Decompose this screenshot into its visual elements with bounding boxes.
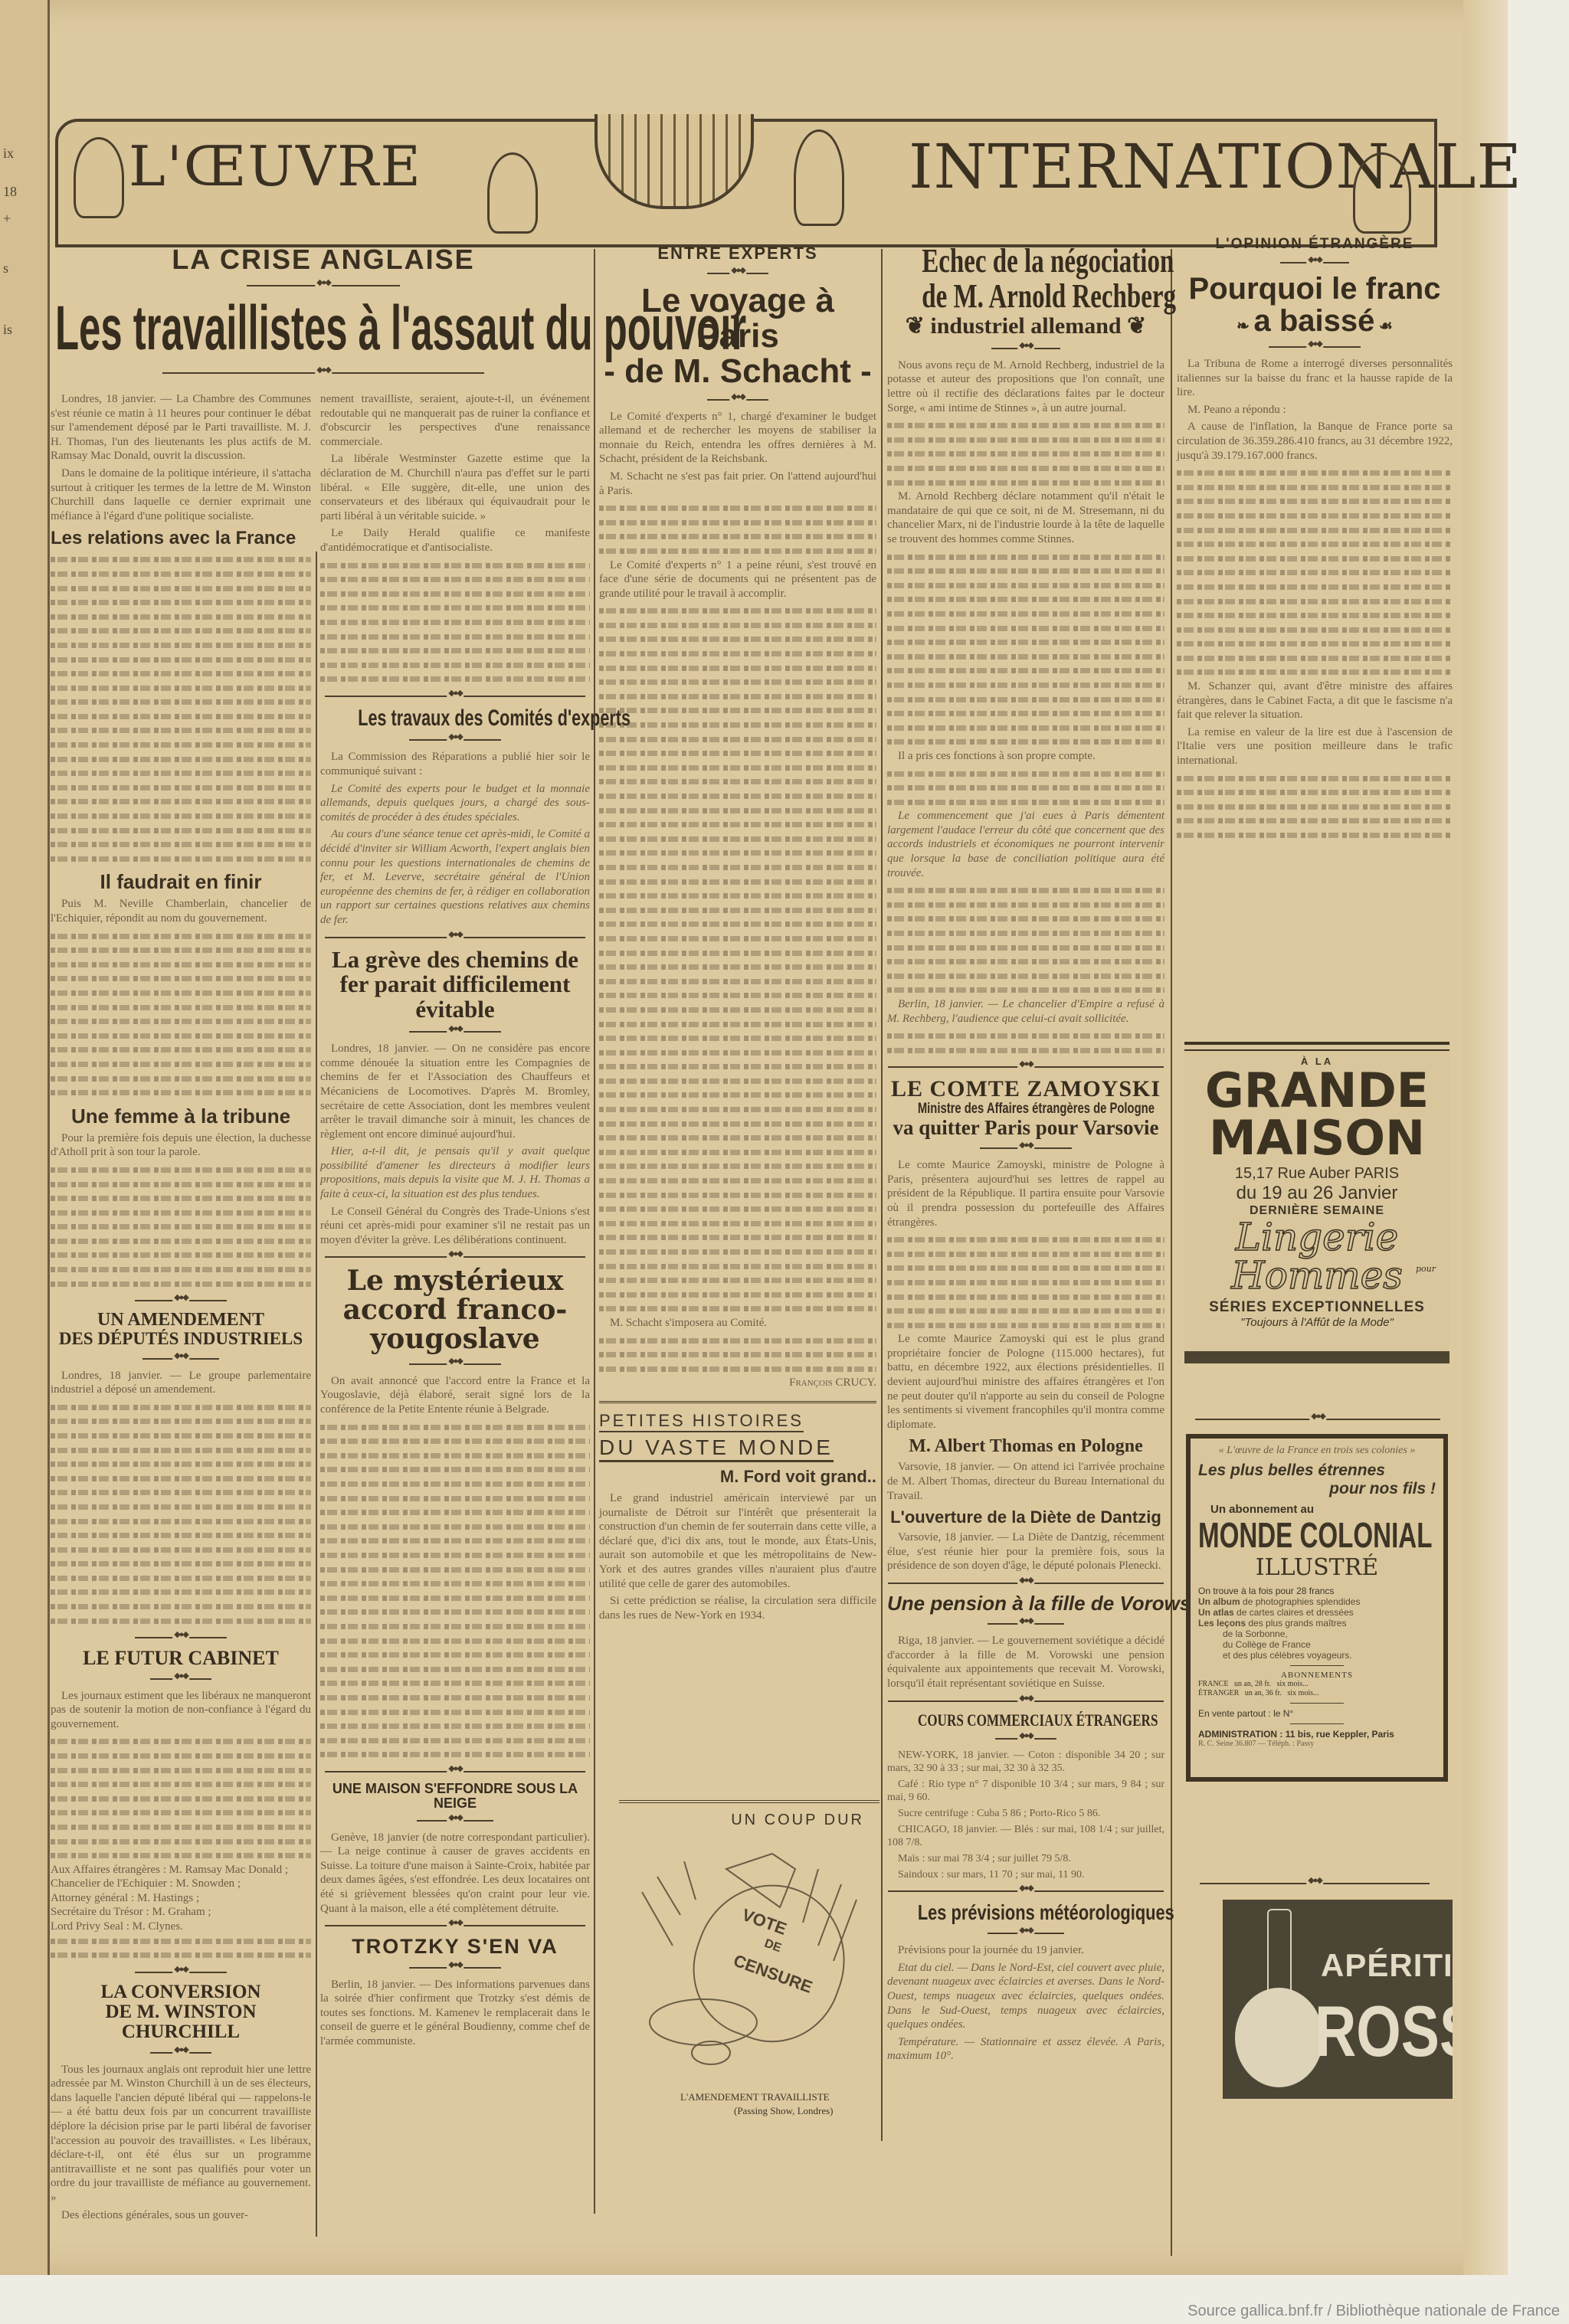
paragraph-italic: Le Comité des experts pour le budget et … bbox=[320, 783, 590, 823]
ornament-divider bbox=[888, 1578, 1164, 1589]
quote-line: Maïs : sur mai 78 3/4 ; sur juillet 79 5… bbox=[887, 1852, 1164, 1865]
masthead-title-right: INTERNATIONALE bbox=[909, 131, 1522, 202]
paragraph: Il a pris ces fonctions à son propre com… bbox=[887, 749, 1164, 764]
ornament-divider bbox=[1195, 1414, 1440, 1425]
paragraph: Tous les journaux anglais ont reproduit … bbox=[51, 2063, 311, 2205]
price-row: FRANCE un an, 28 fr. six mois... bbox=[1198, 1680, 1436, 1689]
headline: ❧ a baissé ☙ bbox=[1177, 305, 1453, 337]
ad-list: Un album de photographies splendides Un … bbox=[1198, 1596, 1436, 1661]
article-body: Londres, 18 janvier. — Le groupe parleme… bbox=[51, 1369, 311, 1628]
list-item: Secrétaire du Trésor : M. Graham ; bbox=[51, 1905, 311, 1920]
headline: DE M. WINSTON CHURCHILL bbox=[51, 2002, 311, 2043]
paragraph-italic: Berlin, 18 janvier. — Le chancelier d'Em… bbox=[887, 998, 1164, 1025]
ornament-divider bbox=[988, 1619, 1064, 1629]
paragraph: Le comte Maurice Zamoyski, ministre de P… bbox=[887, 1158, 1164, 1229]
article-body: Le grand industriel américain interviewé… bbox=[599, 1491, 876, 1622]
column-rule bbox=[1171, 249, 1172, 2256]
ornament-divider bbox=[150, 1674, 211, 1684]
column-2: nement travailliste, seraient, ajoute-t-… bbox=[320, 392, 590, 2052]
kicker: L'OPINION ÉTRANGÈRE bbox=[1177, 236, 1453, 253]
column-rule bbox=[881, 249, 883, 2141]
paragraph-italic: Température. — Stationnaire et assez éle… bbox=[887, 2036, 1164, 2063]
ad-dates: du 19 au 26 Janvier bbox=[1184, 1183, 1449, 1204]
headline-text: industriel allemand bbox=[930, 313, 1121, 339]
subheading: Une femme à la tribune bbox=[51, 1105, 311, 1128]
headline: Les travaux des Comités d'experts bbox=[358, 706, 552, 731]
figure-illustration bbox=[1353, 152, 1411, 234]
ad-script: Les plus belles étrennes bbox=[1198, 1462, 1436, 1480]
paragraph: La Commission des Réparations a publié h… bbox=[320, 750, 590, 778]
headline: Echec de la négociation bbox=[922, 244, 1130, 279]
paragraph: M. Peano a répondu : bbox=[1177, 403, 1453, 417]
masthead-title-left: L'ŒUVRE bbox=[129, 134, 422, 198]
paragraph: Le Conseil Général du Congrès des Trade-… bbox=[320, 1205, 590, 1248]
list-item: Aux Affaires étrangères : M. Ramsay Mac … bbox=[51, 1863, 311, 1877]
quote-line: CHICAGO, 18 janvier. — Blés : sur mai, 1… bbox=[887, 1823, 1164, 1849]
ad-brand: ROSSI bbox=[1315, 1990, 1453, 2073]
ornament-divider bbox=[150, 2047, 211, 2058]
article-body: Londres, 18 janvier. — La Chambre des Co… bbox=[51, 392, 311, 523]
source-credit: Source gallica.bnf.fr / Bibliothèque nat… bbox=[1187, 2303, 1560, 2320]
advertisement-grande-maison: À LA GRANDE MAISON 15,17 Rue Auber PARIS… bbox=[1184, 1042, 1449, 1363]
paragraph: La libérale Westminster Gazette estime q… bbox=[320, 452, 590, 523]
article-body: nement travailliste, seraient, ajoute-t-… bbox=[320, 392, 590, 686]
ad-brand: GRANDE bbox=[1184, 1067, 1449, 1115]
list-item: du Collège de France bbox=[1198, 1639, 1436, 1650]
paragraph: Dans le domaine de la politique intérieu… bbox=[51, 466, 311, 523]
ornament-divider bbox=[707, 394, 768, 405]
ad-prices: FRANCE un an, 28 fr. six mois... ÉTRANGE… bbox=[1198, 1680, 1436, 1698]
ad-script-small: pour bbox=[1416, 1250, 1436, 1288]
kicker: ENTRE EXPERTS bbox=[599, 244, 876, 263]
kicker: LA CRISE ANGLAISE bbox=[55, 244, 591, 276]
headline: COURS COMMERCIAUX ÉTRANGERS bbox=[918, 1711, 1134, 1729]
section-title: PETITES HISTOIRES bbox=[599, 1411, 804, 1432]
paragraph: nement travailliste, seraient, ajoute-t-… bbox=[320, 392, 590, 449]
article-body: La Tribuna de Rome a interrogé diverses … bbox=[1177, 357, 1453, 843]
ornament-divider bbox=[409, 735, 501, 745]
ornament-divider bbox=[988, 1928, 1064, 1939]
paragraph: Londres, 18 janvier. — La Chambre des Co… bbox=[51, 392, 311, 463]
leaf-icon: ❦ bbox=[906, 313, 931, 339]
leaf-icon: ❦ bbox=[1122, 313, 1147, 339]
ornament-divider bbox=[888, 1062, 1164, 1072]
quote-line: Café : Rio type n° 7 disponible 10 3/4 ;… bbox=[887, 1778, 1164, 1804]
list-item: Chancelier de l'Echiquier : M. Snowden ; bbox=[51, 1877, 311, 1891]
ad-text: On trouve à la fois pour 28 francs bbox=[1198, 1586, 1436, 1596]
headline: TROTZKY S'EN VA bbox=[320, 1936, 590, 1957]
advertisement-monde-colonial: « L'œuvre de la France en trois ses colo… bbox=[1186, 1434, 1448, 1782]
headline: - de M. Schacht - bbox=[599, 354, 876, 389]
article-body bbox=[51, 552, 311, 866]
column-rule bbox=[316, 552, 317, 2237]
paragraph: Le grand industriel américain interviewé… bbox=[599, 1491, 876, 1591]
paragraph: Londres, 18 janvier. — On ne considère p… bbox=[320, 1042, 590, 1141]
ad-address: 15,17 Rue Auber PARIS bbox=[1184, 1165, 1449, 1183]
ad-script: Lingerie bbox=[1184, 1218, 1449, 1256]
paragraph: Le Comité d'experts n° 1 a peine réuni, … bbox=[599, 558, 876, 601]
figure-illustration bbox=[794, 129, 844, 226]
ad-text: ADMINISTRATION : 11 bis, rue Keppler, Pa… bbox=[1198, 1729, 1436, 1740]
article-body: Pour la première fois depuis une électio… bbox=[51, 1131, 311, 1291]
subheading: M. Ford voit grand.. bbox=[599, 1467, 876, 1487]
list-item: Un atlas de cartes claires et dressées bbox=[1198, 1607, 1436, 1618]
paragraph: Si cette prédiction se réalise, la circu… bbox=[599, 1594, 876, 1622]
article-body: Londres, 18 janvier. — On ne considère p… bbox=[320, 1042, 590, 1247]
masthead: L'ŒUVRE INTERNATIONALE bbox=[55, 119, 1437, 247]
article-body: On avait annoncé que l'accord entre la F… bbox=[320, 1374, 590, 1762]
cabinet-list: Aux Affaires étrangères : M. Ramsay Mac … bbox=[51, 1863, 311, 1934]
ornament-divider bbox=[135, 1295, 227, 1306]
fragment: + bbox=[3, 211, 11, 227]
list-item: Attorney général : M. Hastings ; bbox=[51, 1891, 311, 1906]
paragraph: M. Schanzer qui, avant d'être ministre d… bbox=[1177, 679, 1453, 722]
ornament-divider bbox=[707, 268, 768, 279]
ornament-divider bbox=[135, 1632, 227, 1643]
ad-brand: MONDE COLONIAL bbox=[1198, 1516, 1430, 1554]
cartoon-caption: L'AMENDEMENT TRAVAILLISTE bbox=[680, 2091, 830, 2103]
paragraph: Riga, 18 janvier. — Le gouvernement sovi… bbox=[887, 1634, 1164, 1691]
article-body: Nous avons reçu de M. Arnold Rechberg, i… bbox=[887, 358, 1164, 1058]
ornament-divider bbox=[1269, 342, 1361, 352]
paragraph: Le Daily Herald qualifie ce manifeste d'… bbox=[320, 526, 590, 555]
paragraph-italic: Hier, a-t-il dit, je pensais qu'il y ava… bbox=[320, 1145, 590, 1200]
fragment: ix bbox=[3, 146, 14, 162]
ad-brand: ILLUSTRÉ bbox=[1198, 1554, 1436, 1581]
paragraph: M. Schacht s'imposera au Comité. bbox=[599, 1316, 876, 1331]
ornament-divider bbox=[409, 1026, 501, 1037]
headline: ❦ industriel allemand ❦ bbox=[887, 314, 1164, 339]
ad-text: En vente partout : le N° bbox=[1198, 1708, 1436, 1719]
article-body: Berlin, 18 janvier. — Des informations p… bbox=[320, 1978, 590, 2049]
fragment: is bbox=[3, 322, 12, 338]
bottle-icon bbox=[1267, 1909, 1292, 1996]
petites-histoires-header: PETITES HISTOIRES DU VASTE MONDE bbox=[599, 1411, 876, 1462]
ad-brand: MAISON bbox=[1184, 1115, 1449, 1162]
article-la-crise-anglaise: LA CRISE ANGLAISE Les travaillistes à l'… bbox=[55, 244, 591, 383]
ad-text: R. C. Seine 36.807 — Téléph. : Passy bbox=[1198, 1740, 1436, 1748]
headline: Les travaillistes à l'assaut du pouvoir bbox=[55, 296, 592, 362]
paragraph: Puis M. Neville Chamberlain, chancelier … bbox=[51, 897, 311, 925]
article-body: Genève, 18 janvier (de notre corresponda… bbox=[320, 1831, 590, 1916]
figure-illustration bbox=[74, 137, 124, 218]
headline: La grève des chemins de fer parait diffi… bbox=[320, 948, 590, 1023]
column-5: L'OPINION ÉTRANGÈRE Pourquoi le franc ❧ … bbox=[1177, 236, 1453, 843]
figure-illustration bbox=[487, 152, 538, 234]
subheading: M. Albert Thomas en Pologne bbox=[887, 1436, 1164, 1457]
ornament-divider bbox=[325, 1252, 585, 1262]
ornament-divider bbox=[888, 1696, 1164, 1707]
article-body: Les journaux estiment que les libéraux n… bbox=[51, 1689, 311, 1962]
ornament-divider bbox=[325, 1920, 585, 1931]
signature: François CRUCY. bbox=[599, 1376, 876, 1390]
headline: UNE MAISON S'EFFONDRE SOUS LA NEIGE bbox=[320, 1782, 590, 1811]
ornament-divider bbox=[325, 932, 585, 943]
paragraph: Pour la première fois depuis une électio… bbox=[51, 1131, 311, 1160]
paragraph: La remise en valeur de la lire est due à… bbox=[1177, 725, 1453, 768]
ornament-divider bbox=[409, 1962, 501, 1973]
list-item: Lord Privy Seal : M. Clynes. bbox=[51, 1920, 311, 1934]
paragraph: M. Arnold Rechberg déclare notamment qu'… bbox=[887, 489, 1164, 546]
paragraph: On avait annoncé que l'accord entre la F… bbox=[320, 1374, 590, 1417]
previous-page-edge: ix 18 + s is bbox=[0, 0, 50, 2275]
headline: Pourquoi le franc bbox=[1177, 273, 1453, 305]
paragraph-italic: Etat du ciel. — Dans le Nord-Est, ciel c… bbox=[887, 1962, 1164, 2031]
article-body: Puis M. Neville Chamberlain, chancelier … bbox=[51, 897, 311, 1099]
flourish-icon: ☙ bbox=[1374, 318, 1393, 335]
page-edge-right bbox=[1463, 0, 1508, 2275]
cartoon-title: UN COUP DUR bbox=[731, 1812, 864, 1829]
paragraph: Les journaux estiment que les libéraux n… bbox=[51, 1689, 311, 1732]
column-rule bbox=[594, 249, 595, 2214]
paragraph: Nous avons reçu de M. Arnold Rechberg, i… bbox=[887, 358, 1164, 415]
ornament-divider bbox=[991, 343, 1060, 354]
headline: de M. Arnold Rechberg bbox=[922, 279, 1130, 314]
ad-text: APÉRITIF bbox=[1321, 1947, 1453, 1984]
list-item: de la Sorbonne, bbox=[1198, 1628, 1436, 1639]
ornament-divider bbox=[325, 1766, 585, 1777]
ad-quote: « L'œuvre de la France en trois ses colo… bbox=[1198, 1445, 1436, 1457]
article-body: Tous les journaux anglais ont reproduit … bbox=[51, 2063, 311, 2223]
globe-illustration bbox=[1235, 1988, 1323, 2087]
paragraph: Des élections générales, sous un gouver- bbox=[51, 2208, 311, 2223]
market-quotes: NEW-YORK, 18 janvier. — Coton : disponib… bbox=[887, 1749, 1164, 1881]
ad-text: SÉRIES EXCEPTIONNELLES bbox=[1184, 1299, 1449, 1316]
ornament-divider bbox=[1200, 1878, 1430, 1889]
ad-script-text: Hommes bbox=[1231, 1253, 1403, 1298]
quote-line: NEW-YORK, 18 janvier. — Coton : disponib… bbox=[887, 1749, 1164, 1775]
list-item: et des plus célèbres voyageurs. bbox=[1198, 1650, 1436, 1661]
ornament-divider bbox=[888, 1886, 1164, 1897]
headline: Les prévisions météorologiques bbox=[918, 1901, 1134, 1923]
headline: LE FUTUR CABINET bbox=[51, 1648, 311, 1668]
sack-label: DE bbox=[762, 1937, 783, 1956]
list-item: Les leçons des plus grands maîtres bbox=[1198, 1618, 1436, 1628]
article-body: Le comte Maurice Zamoyski, ministre de P… bbox=[887, 1158, 1164, 1432]
ornament-divider bbox=[142, 1353, 219, 1364]
article-body: Varsovie, 18 janvier. — La Diète de Dant… bbox=[887, 1530, 1164, 1573]
headline: LA CONVERSION bbox=[51, 1982, 311, 2002]
paragraph: Le comte Maurice Zamoyski qui est le plu… bbox=[887, 1332, 1164, 1432]
article-body: Prévisions pour la journée du 19 janvier… bbox=[887, 1943, 1164, 2064]
advertisement-aperitif-rossi: APÉRITIF ROSSI bbox=[1223, 1900, 1453, 2099]
article-body: Le Comité d'experts n° 1, chargé d'exami… bbox=[599, 410, 876, 1390]
list-item: Un album de photographies splendides bbox=[1198, 1596, 1436, 1607]
paragraph: Prévisions pour la journée du 19 janvier… bbox=[887, 1943, 1164, 1958]
paragraph: Londres, 18 janvier. — Le groupe parleme… bbox=[51, 1369, 311, 1397]
column-3: ENTRE EXPERTS Le voyage à Paris - de M. … bbox=[599, 244, 876, 1625]
fragment: s bbox=[3, 260, 8, 277]
article-body: Riga, 18 janvier. — Le gouvernement sovi… bbox=[887, 1634, 1164, 1691]
subheadline: Ministre des Affaires étrangères de Polo… bbox=[918, 1101, 1134, 1117]
headline: DES DÉPUTÉS INDUSTRIELS bbox=[51, 1330, 311, 1348]
ornament-divider bbox=[135, 1967, 227, 1978]
ad-script: Hommes pour bbox=[1184, 1256, 1449, 1295]
ornament-divider bbox=[980, 1143, 1072, 1154]
article-body: La Commission des Réparations a publié h… bbox=[320, 750, 590, 927]
headline: Une pension à la fille de Vorowski bbox=[887, 1593, 1164, 1614]
ad-slogan: "Toujours à l'Affût de la Mode" bbox=[1184, 1316, 1449, 1329]
paragraph-italic: Au cours d'une séance tenue cet après-mi… bbox=[320, 828, 590, 926]
paragraph: Varsovie, 18 janvier. — La Diète de Dant… bbox=[887, 1530, 1164, 1573]
ornament-divider bbox=[1280, 257, 1349, 268]
ornament-divider bbox=[995, 1733, 1056, 1744]
headline: Le voyage à Paris bbox=[599, 283, 876, 354]
subheading: Les relations avec la France bbox=[51, 528, 311, 549]
headline-text: a baissé bbox=[1253, 304, 1374, 338]
sack-label: VOTE bbox=[739, 1905, 789, 1939]
paragraph: Varsovie, 18 janvier. — On attend ici l'… bbox=[887, 1460, 1164, 1503]
fragment: 18 bbox=[3, 184, 17, 200]
column-4: Echec de la négociation de M. Arnold Rec… bbox=[887, 244, 1164, 2067]
price-row: ÉTRANGER un an, 36 fr. six mois... bbox=[1198, 1689, 1436, 1698]
ornament-divider bbox=[162, 368, 484, 378]
subheading: Il faudrait en finir bbox=[51, 870, 311, 894]
paragraph: Berlin, 18 janvier. — Des informations p… bbox=[320, 1978, 590, 2049]
flourish-icon: ❧ bbox=[1237, 318, 1253, 335]
ornament-divider bbox=[325, 691, 585, 702]
cartoon-credit: (Passing Show, Londres) bbox=[734, 2105, 834, 2117]
paragraph: M. Schacht ne s'est pas fait prier. On l… bbox=[599, 470, 876, 498]
headline: LE COMTE ZAMOYSKI bbox=[887, 1077, 1164, 1101]
quote-line: Sucre centrifuge : Cuba 5 86 ; Porto-Ric… bbox=[887, 1807, 1164, 1820]
paragraph-italic: Le commencement que j'ai eues à Paris dé… bbox=[887, 810, 1164, 879]
ad-text: ABONNEMENTS bbox=[1198, 1671, 1436, 1680]
paragraph: Genève, 18 janvier (de notre corresponda… bbox=[320, 1831, 590, 1916]
quote-line: Saindoux : sur mars, 11 70 ; sur mai, 11… bbox=[887, 1868, 1164, 1881]
subheading: L'ouverture de la Diète de Dantzig bbox=[887, 1507, 1164, 1527]
section-title: DU VASTE MONDE bbox=[599, 1435, 834, 1462]
headline: UN AMENDEMENT bbox=[51, 1311, 311, 1330]
article-body: Varsovie, 18 janvier. — On attend ici l'… bbox=[887, 1460, 1164, 1503]
ad-text: Un abonnement au bbox=[1210, 1503, 1436, 1516]
paragraph: Le Comité d'experts n° 1, chargé d'exami… bbox=[599, 410, 876, 466]
sack-label: CENSURE bbox=[731, 1951, 815, 1998]
ornament-divider bbox=[417, 1815, 493, 1826]
ornament-divider bbox=[409, 1359, 501, 1370]
ornament-divider bbox=[247, 280, 400, 291]
headline: va quitter Paris pour Varsovie bbox=[887, 1117, 1164, 1138]
cartoon-un-coup-dur: UN COUP DUR VOTE DE CENSURE L'AMENDEMENT… bbox=[619, 1831, 879, 2122]
ad-script: pour nos fils ! bbox=[1198, 1480, 1436, 1498]
paragraph: A cause de l'inflation, la Banque de Fra… bbox=[1177, 420, 1453, 463]
column-1: Londres, 18 janvier. — La Chambre des Co… bbox=[51, 392, 311, 2225]
urn-illustration bbox=[595, 114, 754, 209]
paragraph: La Tribuna de Rome a interrogé diverses … bbox=[1177, 357, 1453, 400]
headline: Le mystérieux accord franco-yougoslave bbox=[320, 1267, 590, 1353]
